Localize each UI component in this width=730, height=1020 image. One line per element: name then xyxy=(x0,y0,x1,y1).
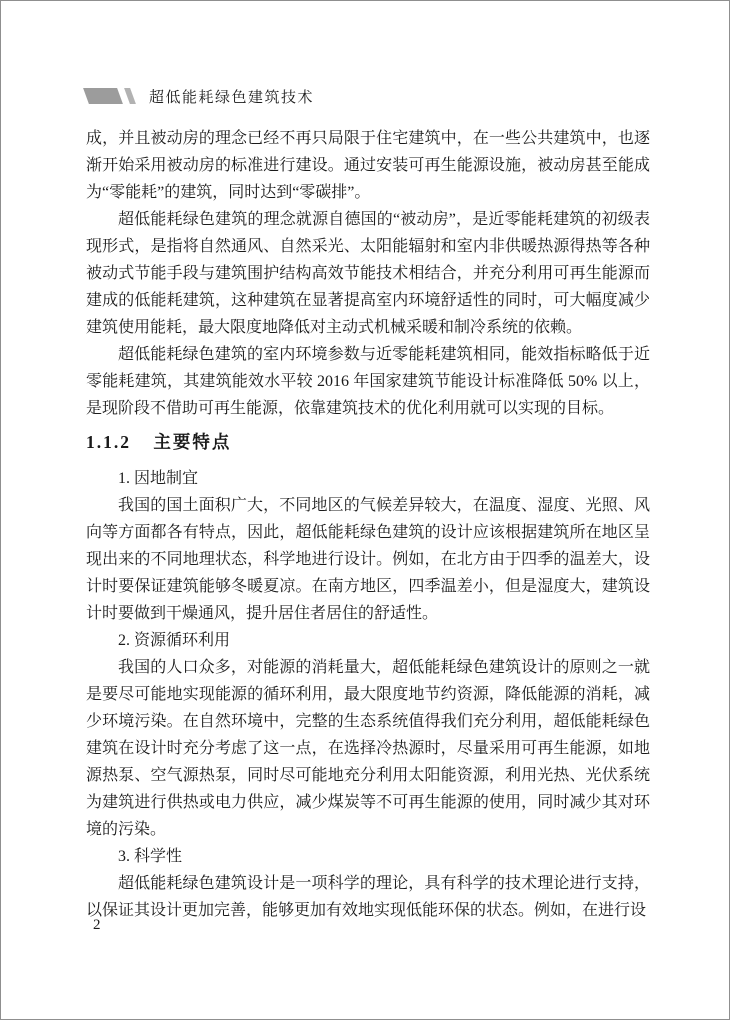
subsection-label-1: 1. 因地制宜 xyxy=(86,465,650,492)
parallelogram-icon xyxy=(83,88,123,104)
paragraph: 我国的国土面积广大，不同地区的气候差异较大，在温度、湿度、光照、风向等方面都各有… xyxy=(86,492,650,627)
subsection-label-2: 2. 资源循环利用 xyxy=(86,627,650,654)
section-title: 主要特点 xyxy=(153,432,231,452)
section-heading: 1.1.2 主要特点 xyxy=(86,429,650,455)
book-title: 超低能耗绿色建筑技术 xyxy=(149,86,314,107)
subsection-label-3: 3. 科学性 xyxy=(86,843,650,870)
page-number: 2 xyxy=(93,917,101,934)
paragraph: 超低能耗绿色建筑设计是一项科学的理论，具有科学的技术理论进行支持，以保证其设计更… xyxy=(86,870,650,924)
paragraph: 超低能耗绿色建筑的室内环境参数与近零能耗建筑相同，能效指标略低于近零能耗建筑，其… xyxy=(86,341,650,422)
slash-icon xyxy=(124,88,136,104)
paragraph: 我国的人口众多，对能源的消耗量大，超低能耗绿色建筑设计的原则之一就是要尽可能地实… xyxy=(86,654,650,843)
page-body: 成，并且被动房的理念已经不再只局限于住宅建筑中，在一些公共建筑中，也逐渐开始采用… xyxy=(86,125,650,924)
chapter-logo xyxy=(86,88,133,105)
running-header: 超低能耗绿色建筑技术 xyxy=(86,85,314,107)
book-page: 超低能耗绿色建筑技术 成，并且被动房的理念已经不再只局限于住宅建筑中，在一些公共… xyxy=(0,0,730,1020)
paragraph-continuation: 成，并且被动房的理念已经不再只局限于住宅建筑中，在一些公共建筑中，也逐渐开始采用… xyxy=(86,125,650,206)
paragraph: 超低能耗绿色建筑的理念就源自德国的“被动房”，是近零能耗建筑的初级表现形式，是指… xyxy=(86,206,650,341)
section-number: 1.1.2 xyxy=(86,432,131,452)
